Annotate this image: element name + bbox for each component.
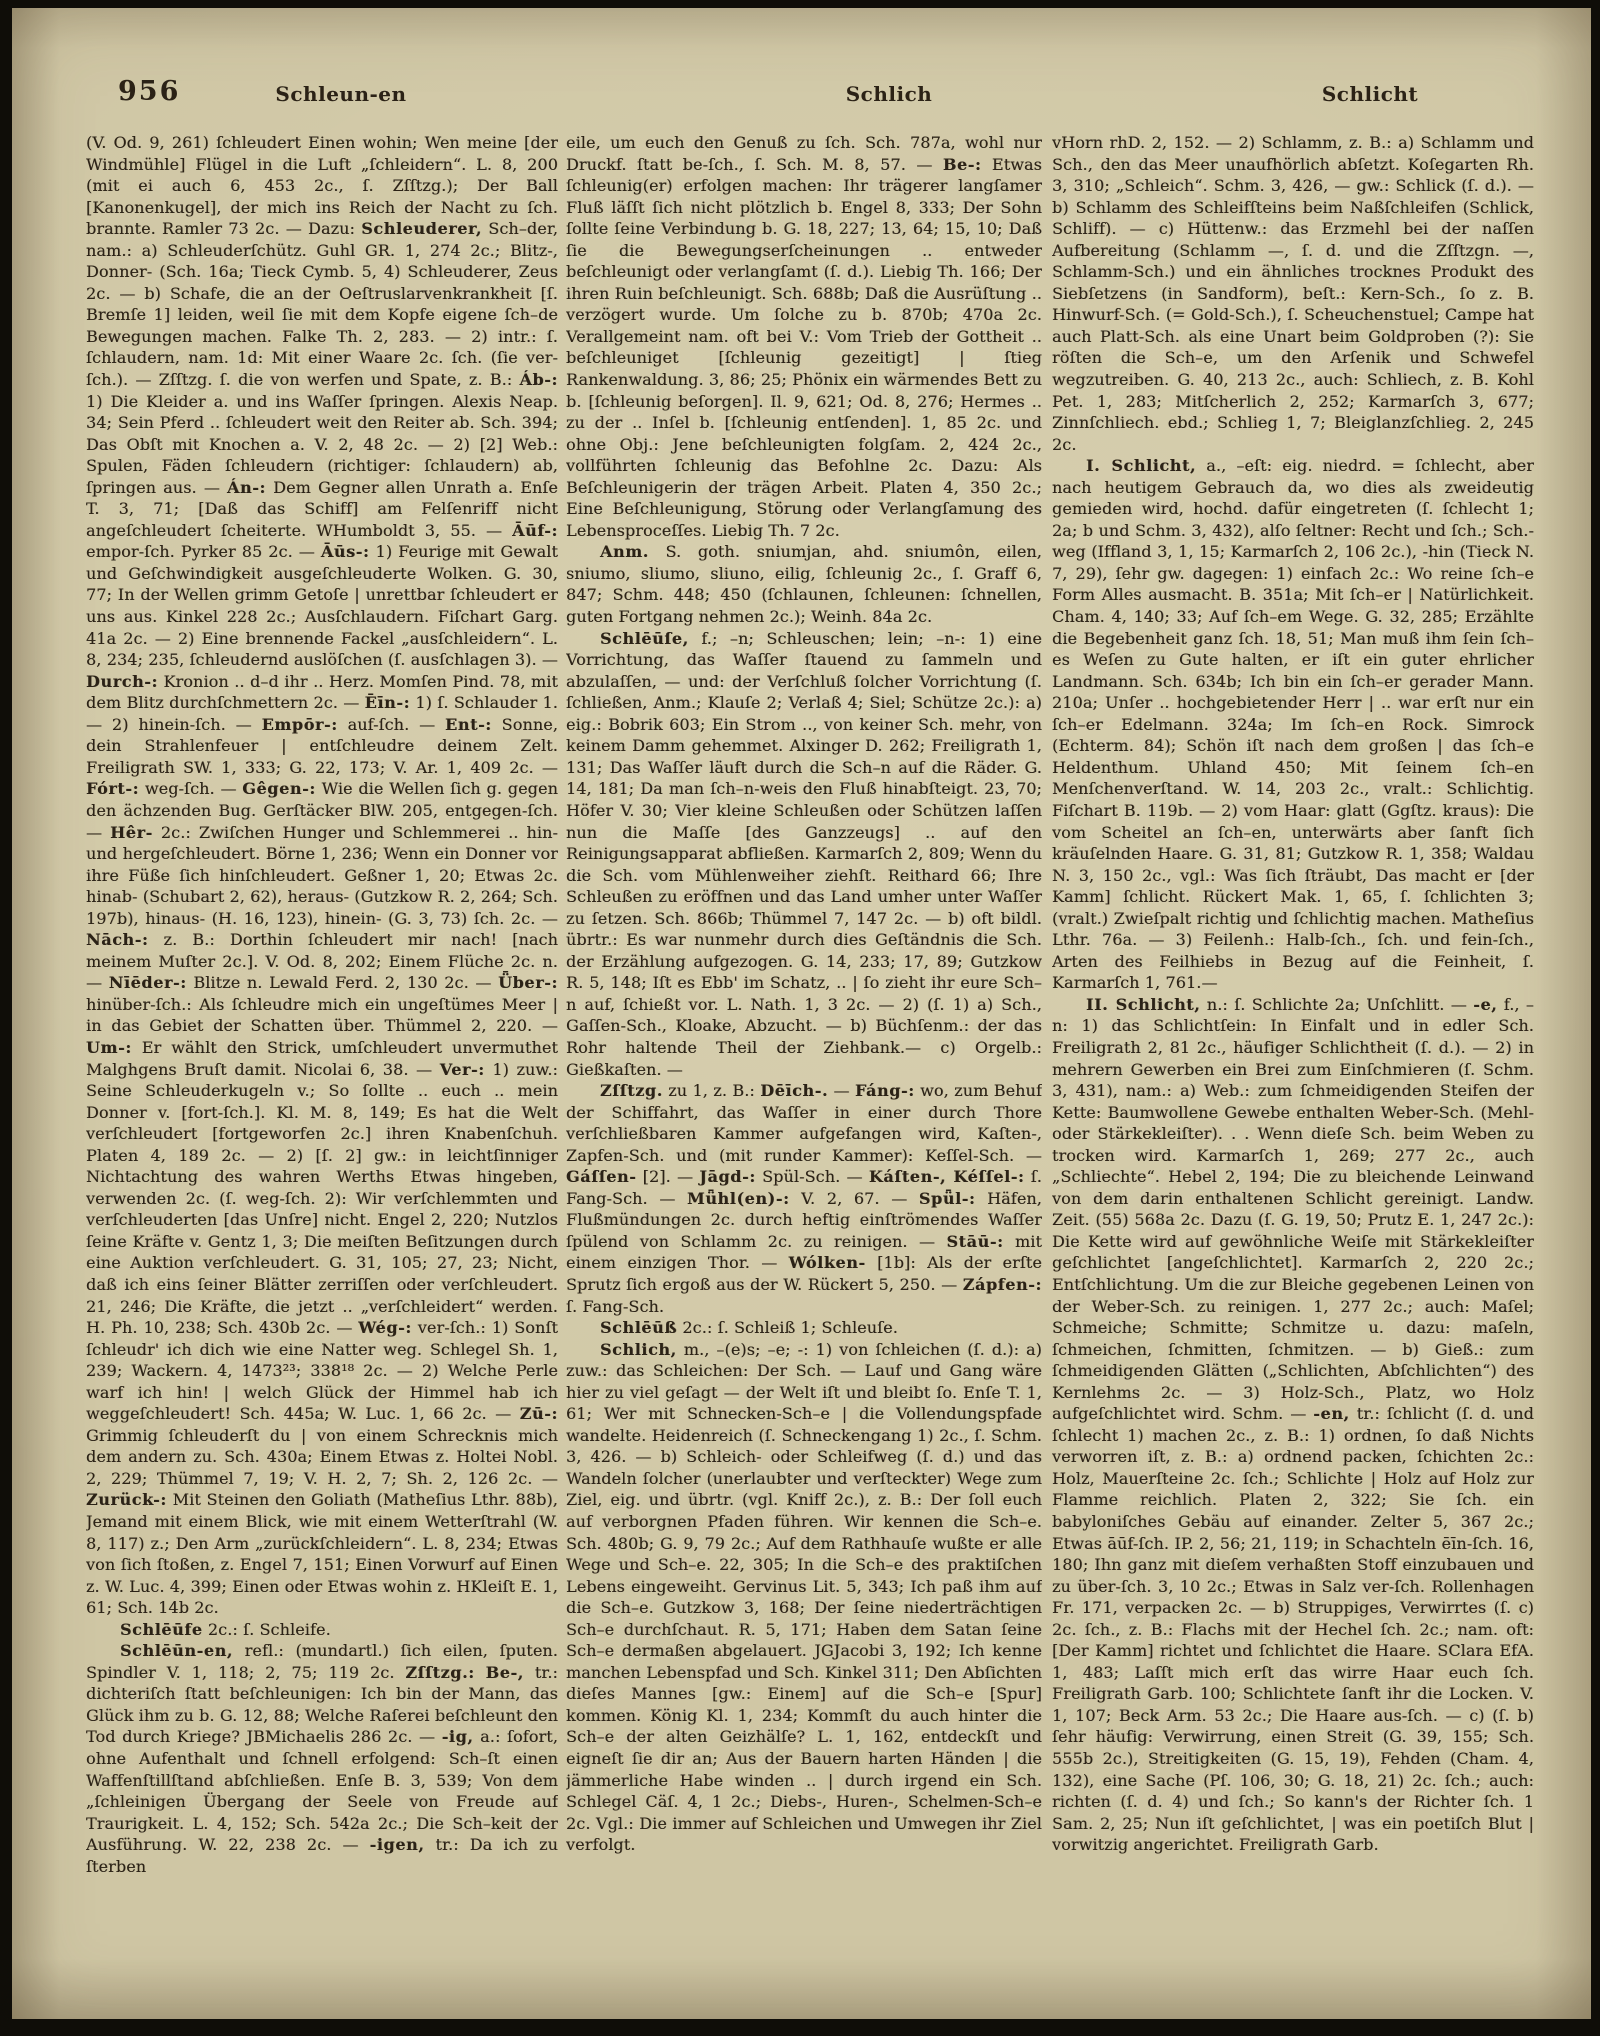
scanned-dictionary-page: { "header": { "page_number": "956", "cat… [0, 0, 1600, 2036]
entry-schleusz: Schlēūß 2c.: ſ. Schleiß 1; Schleuſe. [566, 1317, 1042, 1339]
entry-schlicht-1: I. Schlicht, a., –eſt: eig. niedrd. = ſc… [1052, 455, 1534, 994]
page-header: 956 Schleun-en Schlich Schlicht [12, 8, 1591, 128]
catchword-column-2: Schlich [846, 82, 933, 106]
entry-beschleunigen-continuation: eile, um euch den Genuß zu ſch. Sch. 787… [566, 132, 1042, 541]
entry-schlich: Schlich, m., –(e)s; –e; -: 1) von ſchlei… [566, 1339, 1042, 1856]
entry-schleun-en: Schlēūn-en, refl.: (mundartl.) ſich eile… [86, 1640, 558, 1877]
entry-schlicht-2: II. Schlicht, n.: ſ. Schlichte 2a; Unſch… [1052, 994, 1534, 1856]
catchword-column-1: Schleun-en [275, 82, 406, 106]
entry-schlich-continuation: vHorn rhD. 2, 152. — 2) Schlamm, z. B.: … [1052, 132, 1534, 455]
anm-etymology: Anm. S. goth. sniumjan, ahd. sniumôn, ei… [566, 541, 1042, 627]
zsstzg-schleuse: Zſſtzg. zu 1, z. B.: Dēīch-. — Fáng-: wo… [566, 1080, 1042, 1317]
entry-schleudern-continuation: (V. Od. 9, 261) ſchleudert Einen wohin; … [86, 132, 558, 1619]
entry-schleuse: Schlēūſe, f.; –n; Schleuschen; lein; –n-… [566, 628, 1042, 1080]
book-page: 956 Schleun-en Schlich Schlicht (V. Od. … [12, 8, 1591, 2019]
text-column-2: eile, um euch den Genuß zu ſch. Sch. 787… [566, 132, 1042, 1918]
text-column-1: (V. Od. 9, 261) ſchleudert Einen wohin; … [86, 132, 558, 1918]
entry-schleufe: Schlēūfe 2c.: ſ. Schleife. [86, 1619, 558, 1641]
text-column-3: vHorn rhD. 2, 152. — 2) Schlamm, z. B.: … [1052, 132, 1534, 1918]
catchword-column-3: Schlicht [1322, 82, 1418, 106]
page-number: 956 [118, 76, 180, 107]
